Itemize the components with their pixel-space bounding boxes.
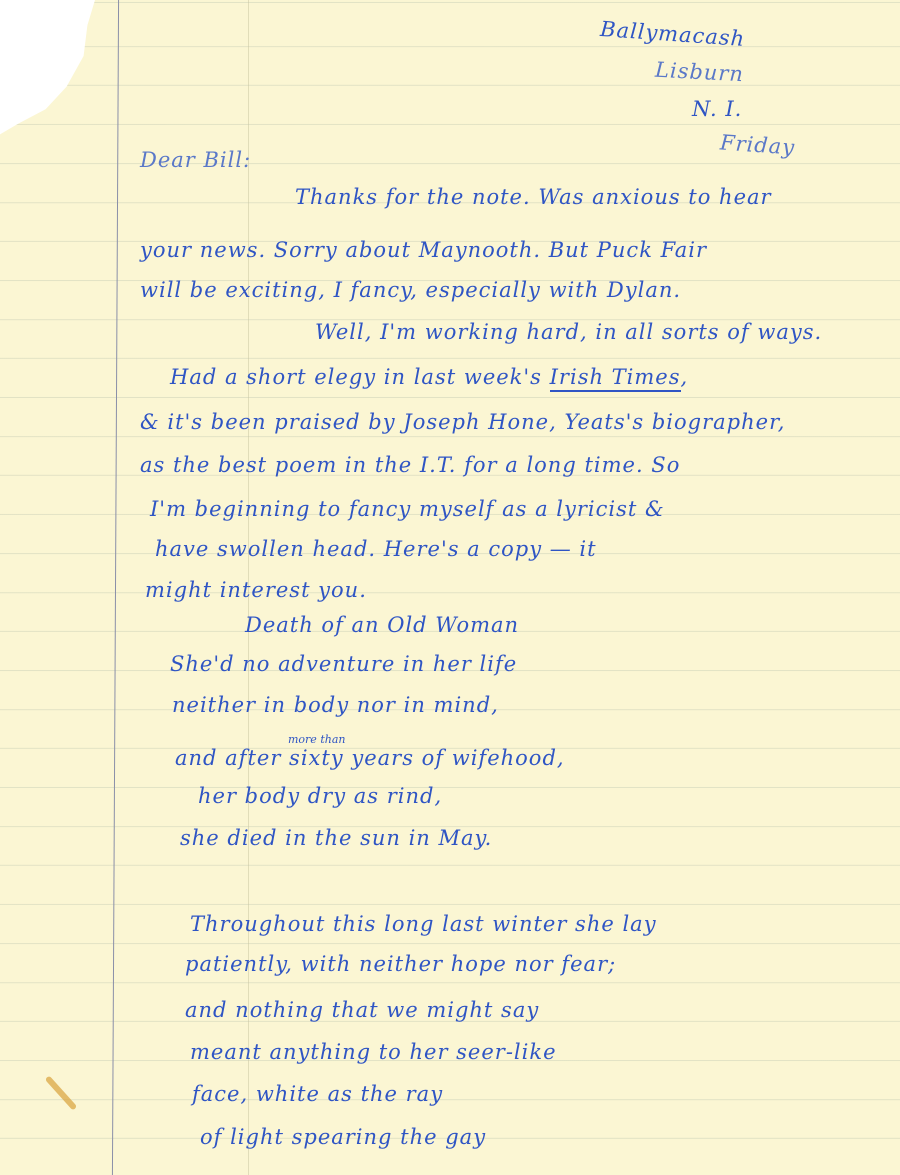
body-line: Thanks for the note. Was anxious to hear [295, 185, 772, 209]
poem-title: Death of an Old Woman [245, 613, 519, 637]
address-line-3: N. I. [692, 97, 742, 121]
newspaper-title: Irish Times [550, 365, 681, 392]
address-day: Friday [719, 130, 796, 159]
body-text: , [681, 365, 689, 389]
poem-line: meant anything to her seer-like [190, 1040, 557, 1064]
body-line: have swollen head. Here's a copy — it [155, 537, 597, 561]
salutation: Dear Bill: [140, 148, 251, 172]
poem-line: She'd no adventure in her life [170, 652, 517, 676]
poem-line: Throughout this long last winter she lay [190, 912, 657, 936]
body-line: & it's been praised by Joseph Hone, Yeat… [140, 410, 785, 434]
body-line: Had a short elegy in last week's Irish T… [170, 365, 688, 389]
body-line: your news. Sorry about Maynooth. But Puc… [140, 238, 707, 262]
poem-line: she died in the sun in May. [180, 826, 492, 850]
poem-insertion: more than [288, 733, 345, 746]
poem-line: of light spearing the gay [200, 1125, 486, 1149]
body-line: might interest you. [145, 578, 367, 602]
poem-line: and after sixty years of wifehood, [175, 746, 565, 770]
body-line: will be exciting, I fancy, especially wi… [140, 278, 681, 302]
body-line: I'm beginning to fancy myself as a lyric… [150, 497, 665, 521]
address-line-2: Lisburn [654, 58, 744, 87]
body-text: Had a short elegy in last week's [170, 365, 542, 389]
poem-line: patiently, with neither hope nor fear; [185, 952, 616, 976]
body-line: as the best poem in the I.T. for a long … [140, 453, 680, 477]
poem-line: her body dry as rind, [198, 784, 442, 808]
poem-line: neither in body nor in mind, [172, 693, 499, 717]
body-line: Well, I'm working hard, in all sorts of … [315, 320, 822, 344]
poem-line: and nothing that we might say [185, 998, 539, 1022]
poem-line: face, white as the ray [192, 1082, 443, 1106]
